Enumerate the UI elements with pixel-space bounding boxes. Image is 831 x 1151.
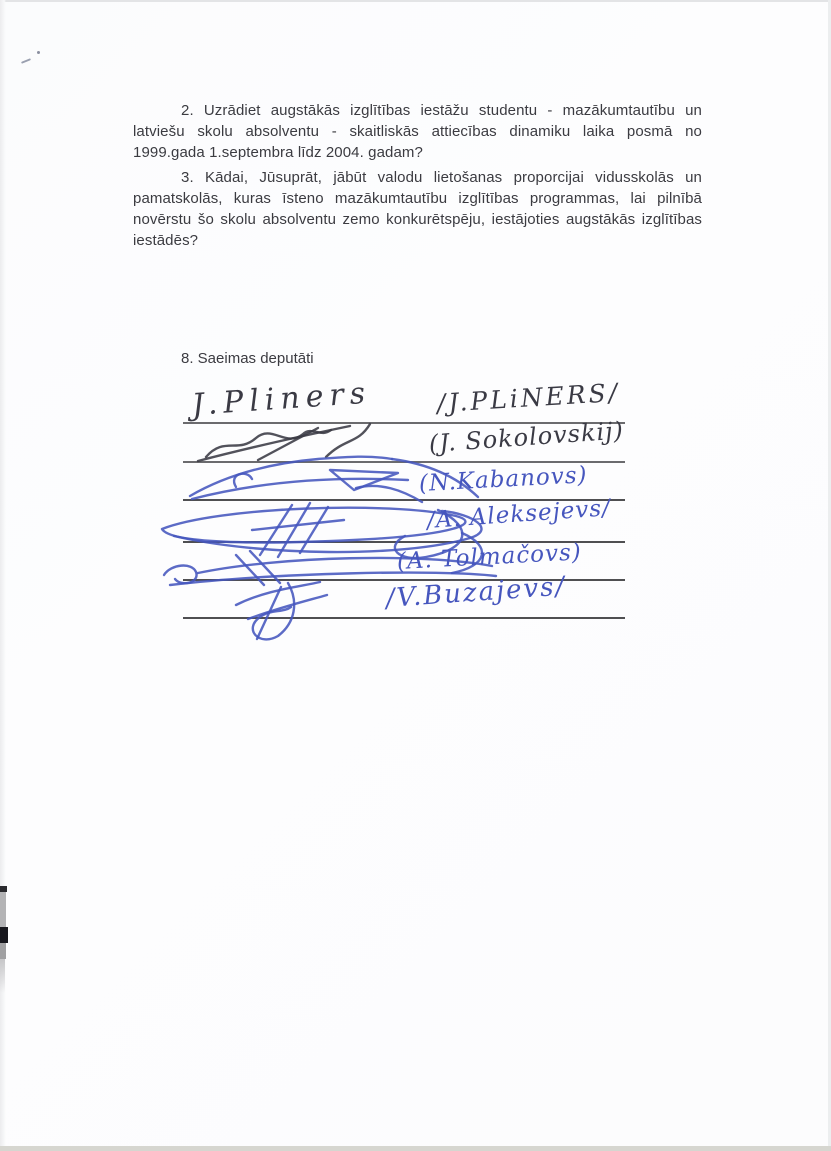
question-paragraph-2: 2. Uzrādiet augstākās izglītības iestāžu… (133, 100, 702, 163)
question-paragraph-3: 3. Kādai, Jūsuprāt, jābūt valodu lietoša… (133, 167, 702, 251)
scan-edge-top (0, 0, 831, 2)
signature-name-aleksejevs: /A. Aleksejevs/ (426, 495, 612, 534)
signature-scribble-sokolovskis (198, 424, 370, 461)
scan-speck (21, 58, 31, 64)
scanned-document-page: 2. Uzrādiet augstākās izglītības iestāžu… (0, 0, 831, 1151)
signature-name-tolmacovs: (A. Tolmačovs) (396, 539, 582, 575)
scan-edge-bottom (0, 1146, 831, 1151)
scan-artifact (0, 943, 6, 959)
signature-line (183, 617, 625, 619)
signature-pliners: J.Pliners (191, 376, 372, 423)
signatures-heading: 8. Saeimas deputāti (181, 350, 314, 367)
scan-speck (37, 51, 40, 54)
scan-artifact (0, 892, 6, 927)
signature-scribble-buzajevs (236, 582, 327, 639)
signature-name-pliners: /J.PLiNERS/ (436, 378, 621, 418)
scan-artifact (0, 927, 8, 943)
signature-name-buzajevs: /V.Buzajevs/ (385, 571, 567, 614)
scan-artifact (0, 959, 5, 993)
signature-name-kabanovs: (N.Kabanovs) (418, 462, 588, 497)
